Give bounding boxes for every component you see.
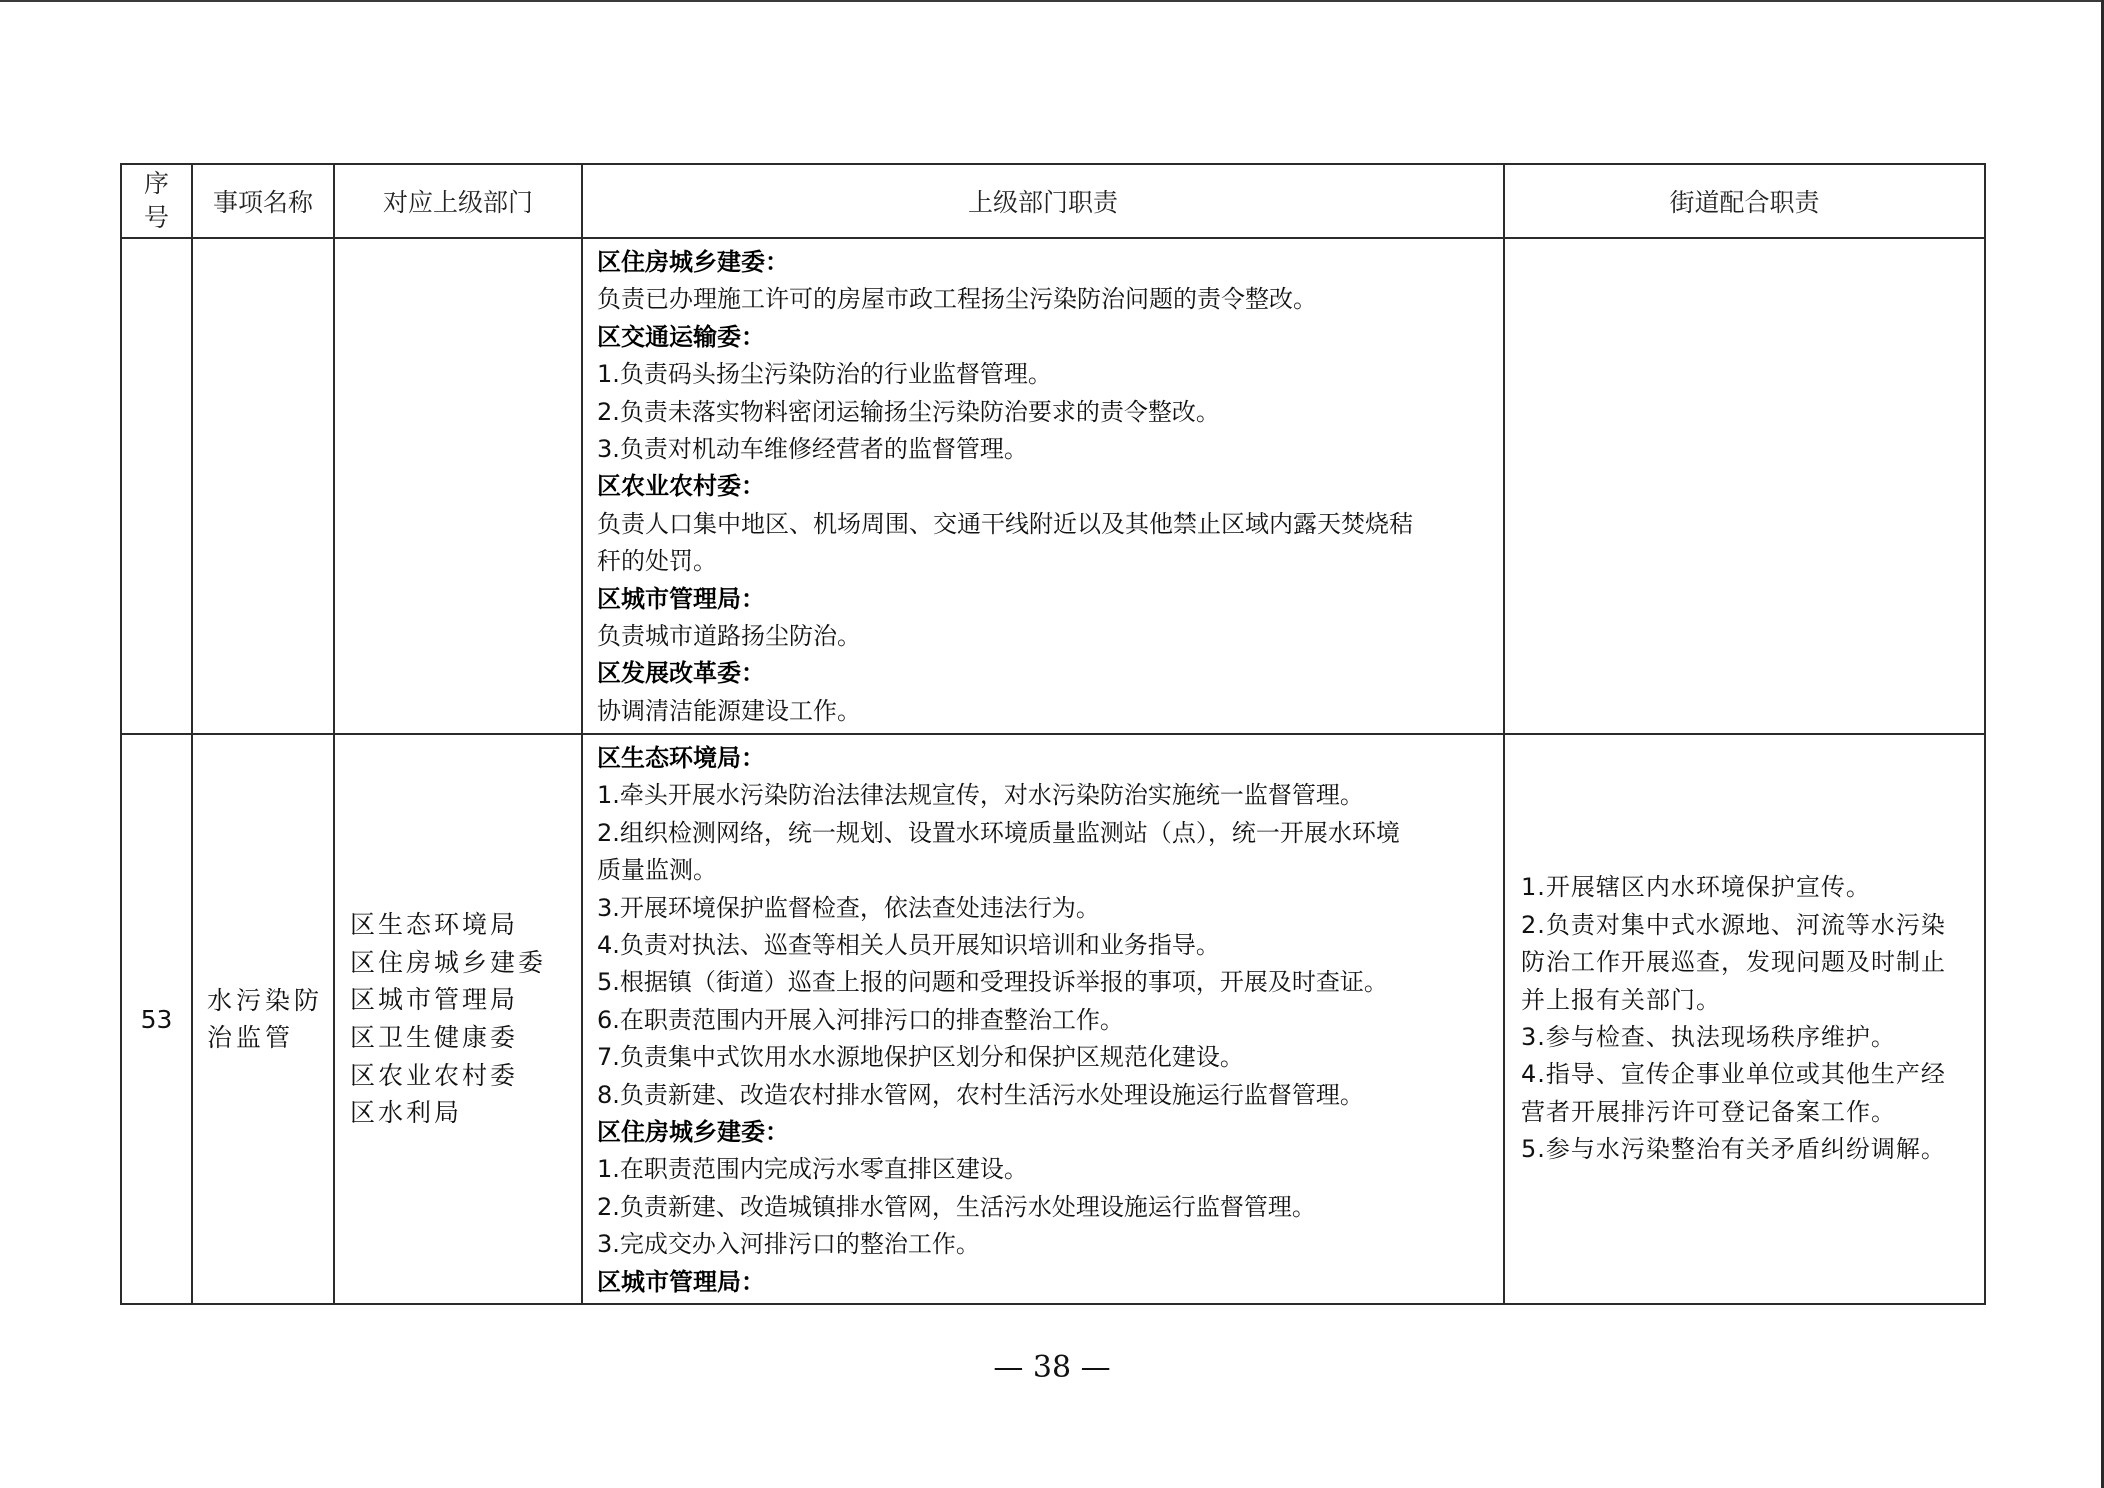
duty-line: 4.负责对执法、巡查等相关人员开展知识培训和业务指导。 — [597, 927, 1493, 964]
street-duty-line: 5.参与水污染整治有关矛盾纠纷调解。 — [1521, 1131, 1974, 1168]
duty-line: 3.开展环境保护监督检查，依法查处违法行为。 — [597, 890, 1493, 927]
dept-list-item: 区卫生健康委 — [350, 1019, 581, 1057]
duty-line: 1.负责码头扬尘污染防治的行业监督管理。 — [597, 356, 1493, 393]
header-upper-duty: 上级部门职责 — [582, 164, 1504, 238]
duty-line: 负责人口集中地区、机场周围、交通干线附近以及其他禁止区域内露天焚烧秸 — [597, 506, 1493, 543]
item-name-line: 治监管 — [207, 1019, 333, 1056]
duty-line: 2.负责新建、改造城镇排水管网，生活污水处理设施运行监督管理。 — [597, 1189, 1493, 1226]
duty-dept-heading: 区住房城乡建委： — [597, 1114, 1493, 1151]
duty-line: 3.负责对机动车维修经营者的监督管理。 — [597, 431, 1493, 468]
dept-list-item: 区生态环境局 — [350, 906, 581, 944]
table-header-row: 序 号 事项名称 对应上级部门 上级部门职责 街道配合职责 — [121, 164, 1985, 238]
dept-list-item: 区农业农村委 — [350, 1057, 581, 1095]
street-duty-cell: 1.开展辖区内水环境保护宣传。 2.负责对集中式水源地、河流等水污染 防治工作开… — [1504, 734, 1985, 1304]
street-duty-line: 2.负责对集中式水源地、河流等水污染 — [1521, 907, 1974, 944]
page-number: — 38 — — [0, 1350, 2104, 1385]
duty-dept-heading: 区住房城乡建委： — [597, 244, 1493, 281]
duty-line: 协调清洁能源建设工作。 — [597, 693, 1493, 730]
dept-list-item: 区水利局 — [350, 1094, 581, 1132]
responsibility-table: 序 号 事项名称 对应上级部门 上级部门职责 街道配合职责 区住房城乡建委： 负… — [120, 163, 1986, 1305]
duty-line: 3.完成交办入河排污口的整治工作。 — [597, 1226, 1493, 1263]
duty-line: 7.负责集中式饮用水水源地保护区划分和保护区规范化建设。 — [597, 1039, 1493, 1076]
duty-line: 负责已办理施工许可的房屋市政工程扬尘污染防治问题的责令整改。 — [597, 281, 1493, 318]
duty-line: 1.在职责范围内完成污水零直排区建设。 — [597, 1151, 1493, 1188]
street-duty-line: 1.开展辖区内水环境保护宣传。 — [1521, 869, 1974, 906]
street-duty-cell — [1504, 238, 1985, 734]
duty-dept-heading: 区农业农村委： — [597, 468, 1493, 505]
item-name-cell: 水污染防 治监管 — [192, 734, 334, 1304]
header-item-name: 事项名称 — [192, 164, 334, 238]
street-duty-line: 并上报有关部门。 — [1521, 982, 1974, 1019]
street-duty-line: 防治工作开展巡查，发现问题及时制止 — [1521, 944, 1974, 981]
serial-number-cell: 53 — [121, 734, 192, 1304]
upper-dept-cell — [334, 238, 582, 734]
duty-dept-heading: 区发展改革委： — [597, 655, 1493, 692]
duty-line: 秆的处罚。 — [597, 543, 1493, 580]
duty-line: 2.组织检测网络，统一规划、设置水环境质量监测站（点），统一开展水环境 — [597, 815, 1493, 852]
upper-duty-cell: 区生态环境局： 1.牵头开展水污染防治法律法规宣传，对水污染防治实施统一监督管理… — [582, 734, 1504, 1304]
item-name-line: 水污染防 — [207, 982, 333, 1019]
duty-line: 2.负责未落实物料密闭运输扬尘污染防治要求的责令整改。 — [597, 394, 1493, 431]
duty-line: 5.根据镇（街道）巡查上报的问题和受理投诉举报的事项，开展及时查证。 — [597, 964, 1493, 1001]
item-name-cell — [192, 238, 334, 734]
duty-dept-heading: 区交通运输委： — [597, 319, 1493, 356]
duty-dept-heading: 区生态环境局： — [597, 740, 1493, 777]
table-row: 53 水污染防 治监管 区生态环境局 区住房城乡建委 区城市管理局 区卫生健康委… — [121, 734, 1985, 1304]
street-duty-line: 营者开展排污许可登记备案工作。 — [1521, 1094, 1974, 1131]
duty-line: 8.负责新建、改造农村排水管网，农村生活污水处理设施运行监督管理。 — [597, 1077, 1493, 1114]
serial-number-cell — [121, 238, 192, 734]
upper-dept-cell: 区生态环境局 区住房城乡建委 区城市管理局 区卫生健康委 区农业农村委 区水利局 — [334, 734, 582, 1304]
dept-list-item: 区城市管理局 — [350, 981, 581, 1019]
duty-line: 6.在职责范围内开展入河排污口的排查整治工作。 — [597, 1002, 1493, 1039]
street-duty-line: 3.参与检查、执法现场秩序维护。 — [1521, 1019, 1974, 1056]
duty-dept-heading: 区城市管理局： — [597, 1264, 1493, 1301]
street-duty-line: 4.指导、宣传企事业单位或其他生产经 — [1521, 1056, 1974, 1093]
duty-line: 1.牵头开展水污染防治法律法规宣传，对水污染防治实施统一监督管理。 — [597, 777, 1493, 814]
header-street-duty: 街道配合职责 — [1504, 164, 1985, 238]
header-serial-number: 序 号 — [121, 164, 192, 238]
dept-list-item: 区住房城乡建委 — [350, 944, 581, 982]
duty-line: 质量监测。 — [597, 852, 1493, 889]
duty-dept-heading: 区城市管理局： — [597, 581, 1493, 618]
header-serial-line1: 序 — [122, 167, 191, 201]
header-serial-line2: 号 — [122, 201, 191, 235]
upper-duty-cell: 区住房城乡建委： 负责已办理施工许可的房屋市政工程扬尘污染防治问题的责令整改。 … — [582, 238, 1504, 734]
header-upper-dept: 对应上级部门 — [334, 164, 582, 238]
duty-line: 负责城市道路扬尘防治。 — [597, 618, 1493, 655]
table-row: 区住房城乡建委： 负责已办理施工许可的房屋市政工程扬尘污染防治问题的责令整改。 … — [121, 238, 1985, 734]
page-top-rule — [0, 0, 2104, 2]
